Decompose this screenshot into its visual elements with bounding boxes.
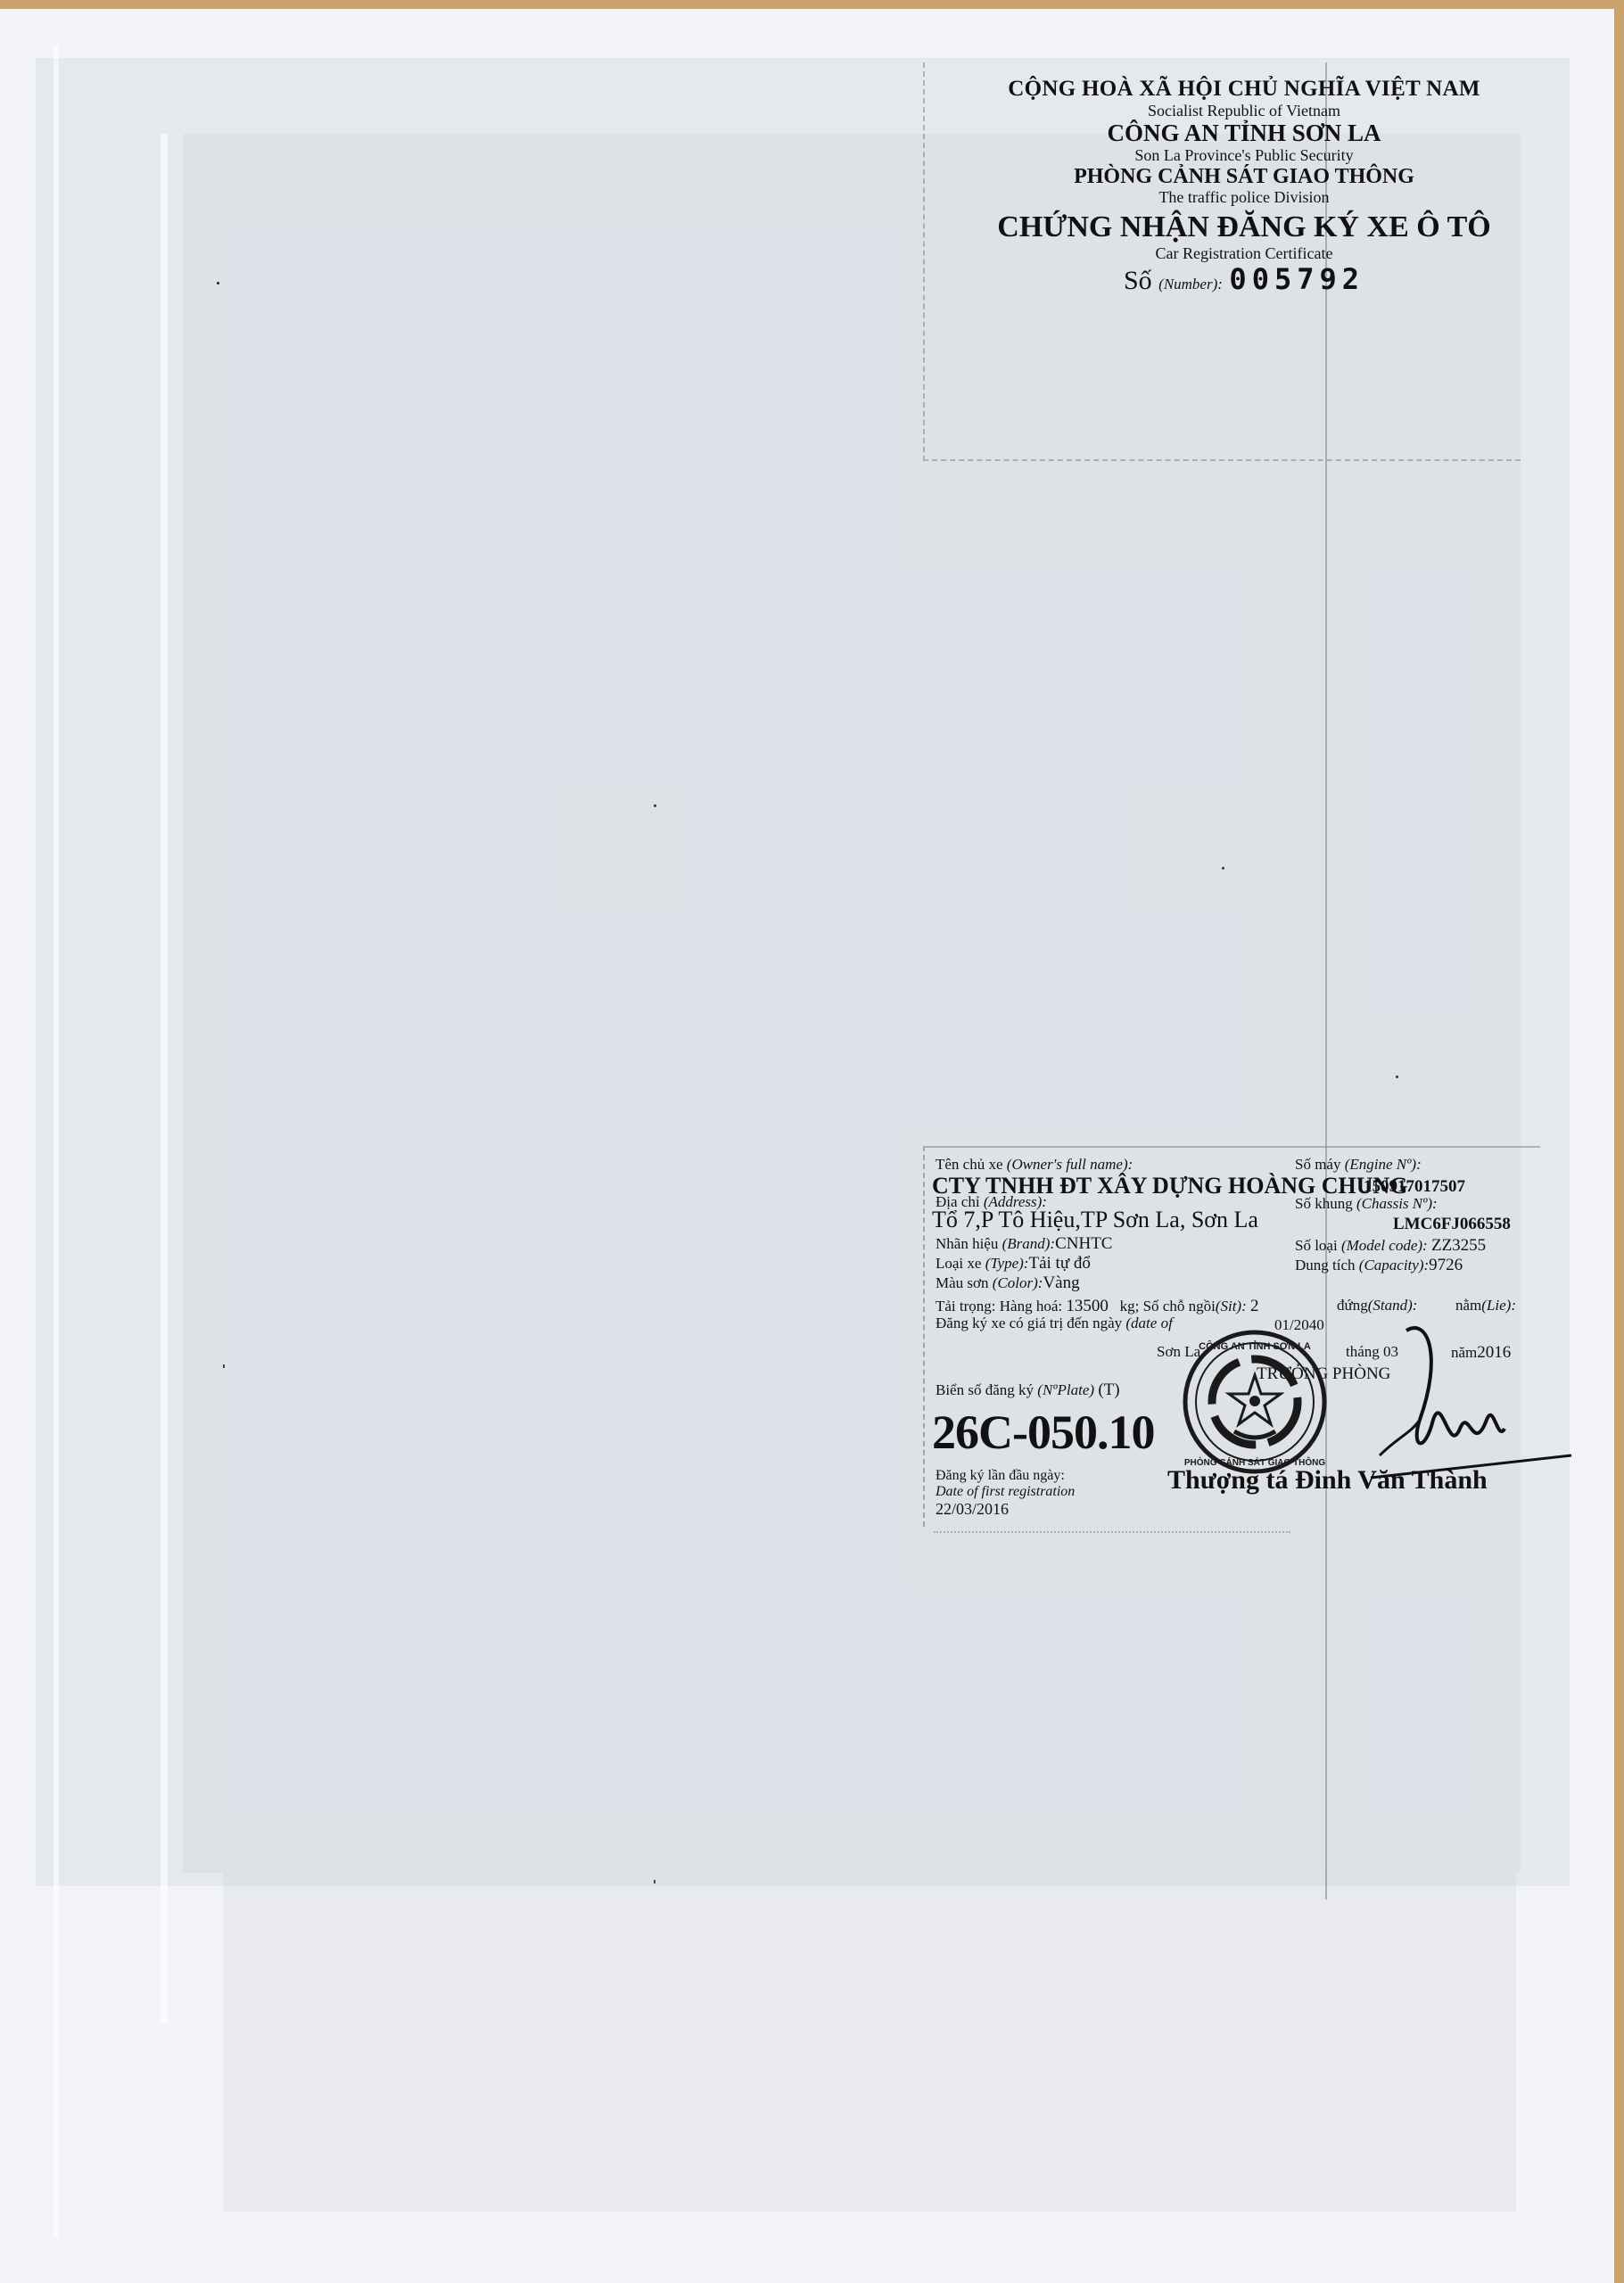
model-field: Số loại (Model code): ZZ3255 (1295, 1237, 1486, 1254)
brand-field: Nhãn hiệu (Brand):CNHTC (936, 1235, 1112, 1252)
fold-crease (54, 45, 59, 2238)
division-name-en: The traffic police Division (927, 188, 1561, 206)
registration-card: Tên chủ xe (Owner's full name): CTY TNHH… (923, 1146, 1540, 1527)
color-value: Vàng (1043, 1273, 1079, 1292)
stand-field: đứng(Stand): (1337, 1298, 1417, 1313)
certificate-title-en: Car Registration Certificate (927, 244, 1561, 262)
color-field: Màu sơn (Color):Vàng (936, 1274, 1080, 1291)
engine-value: 150917017507 (1364, 1178, 1465, 1195)
copy-shade-bottom (223, 1873, 1516, 2212)
sit-value: 2 (1250, 1297, 1259, 1315)
signature-icon (1219, 1322, 1576, 1482)
speck (217, 282, 219, 284)
first-registration-label-en: Date of first registration (936, 1485, 1075, 1499)
number-value: 005792 (1229, 262, 1364, 296)
lie-field: nằm(Lie): (1455, 1298, 1516, 1313)
first-registration-label: Đăng ký lần đầu ngày: (936, 1469, 1065, 1483)
first-registration-date: 22/03/2016 (936, 1501, 1009, 1517)
capacity-value: 9726 (1429, 1256, 1463, 1274)
fold-crease (161, 134, 168, 2024)
plate-number: 26C-050.10 (932, 1405, 1154, 1460)
model-value: ZZ3255 (1431, 1236, 1486, 1255)
speck (654, 1880, 655, 1883)
certificate-title-vi: CHỨNG NHẬN ĐĂNG KÝ XE Ô TÔ (927, 210, 1561, 244)
plate-label: Biển số đăng ký (NºPlate) (T) (936, 1381, 1120, 1398)
country-name-en: Socialist Republic of Vietnam (927, 102, 1561, 120)
country-name-vi: CỘNG HOÀ XÃ HỘI CHỦ NGHĨA VIỆT NAM (927, 77, 1561, 102)
load-field: Tải trọng: Hàng hoá: 13500 kg; Số chỗ ng… (936, 1298, 1259, 1315)
type-value: Tải tự đổ (1028, 1254, 1090, 1273)
speck (654, 804, 656, 807)
capacity-field: Dung tích (Capacity):9726 (1295, 1257, 1463, 1273)
number-label-en: (Number): (1158, 276, 1223, 293)
document-page: CỘNG HOÀ XÃ HỘI CHỦ NGHĨA VIỆT NAM Socia… (0, 9, 1614, 2283)
agency-name-vi: CÔNG AN TỈNH SƠN LA (927, 120, 1561, 146)
certificate-number: Số (Number): 005792 (927, 264, 1561, 296)
division-name-vi: PHÒNG CẢNH SÁT GIAO THÔNG (927, 165, 1561, 189)
number-label: Số (1124, 266, 1152, 295)
chassis-label: Số khung (Chassis Nº): (1295, 1196, 1438, 1211)
card-bottom-rule (934, 1531, 1290, 1534)
speck (1222, 867, 1224, 870)
speck (223, 1364, 225, 1368)
load-value: 13500 (1066, 1297, 1109, 1315)
engine-label: Số máy (Engine Nº): (1295, 1157, 1422, 1172)
brand-value: CNHTC (1055, 1234, 1112, 1253)
address-value: Tổ 7,P Tô Hiệu,TP Sơn La, Sơn La (932, 1208, 1258, 1232)
speck (1396, 1076, 1398, 1078)
valid-until-field: Đăng ký xe có giá trị đến ngày (date of (936, 1315, 1173, 1331)
agency-name-en: Son La Province's Public Security (927, 146, 1561, 164)
type-field: Loại xe (Type):Tải tự đổ (936, 1255, 1091, 1272)
owner-label: Tên chủ xe (Owner's full name): (936, 1157, 1133, 1172)
certificate-header: CỘNG HOÀ XÃ HỘI CHỦ NGHĨA VIỆT NAM Socia… (927, 77, 1561, 296)
signer-name: Thượng tá Đinh Văn Thành (1167, 1465, 1488, 1496)
chassis-value: LMC6FJ066558 (1393, 1216, 1511, 1232)
